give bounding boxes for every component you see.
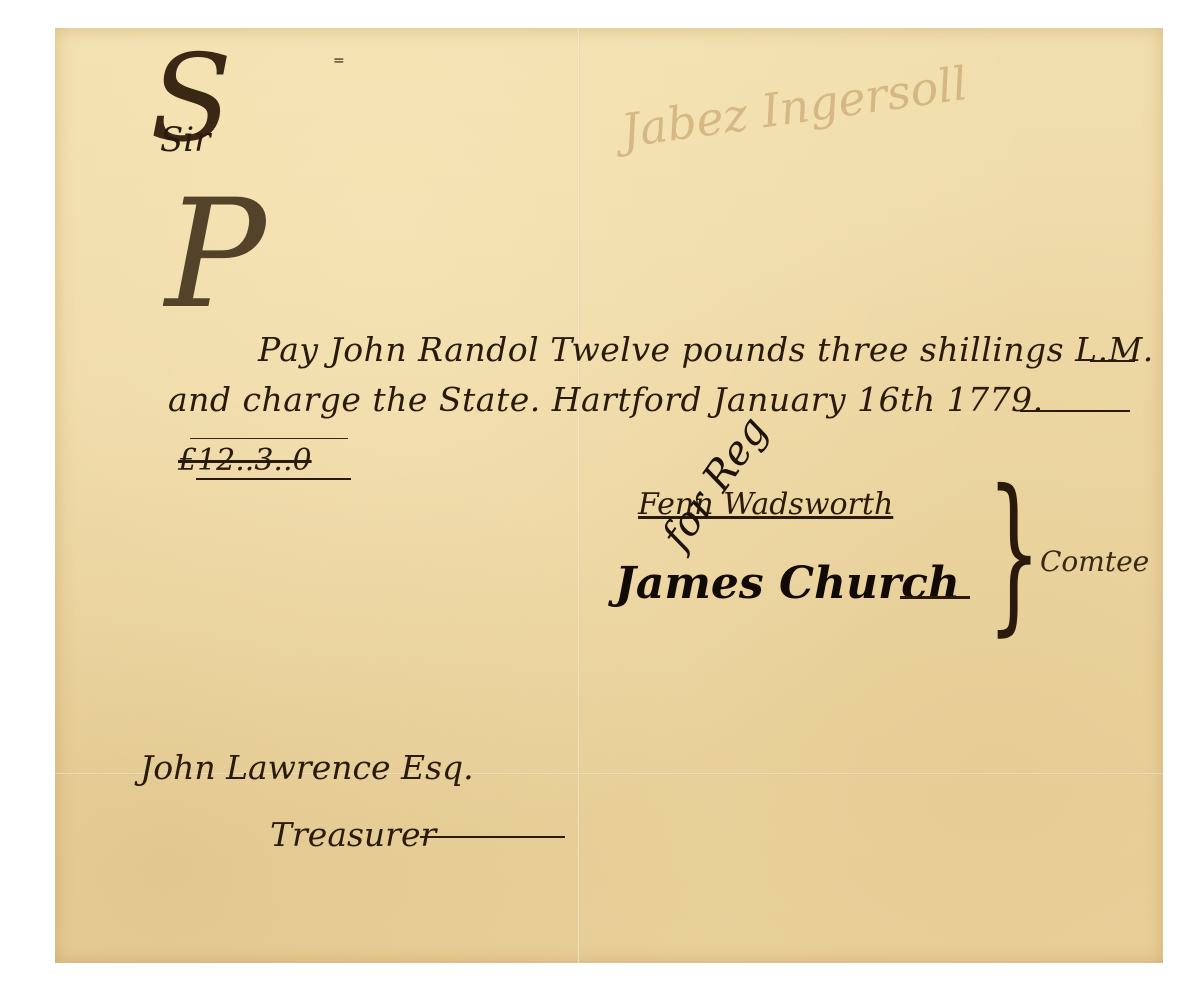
line-end-dash — [1020, 410, 1130, 412]
committee-brace: } — [987, 468, 1041, 638]
amount-overline — [190, 438, 348, 439]
committee-label: Comtee — [1040, 545, 1149, 578]
amount: £12..3..0 — [178, 443, 312, 478]
salutation: Sir — [160, 120, 210, 160]
line-end-dash — [1090, 360, 1135, 362]
amount-underline — [196, 478, 351, 480]
vertical-fold-crease — [577, 28, 580, 963]
signature-flourish-dash — [900, 596, 970, 599]
treasurer-underline — [420, 836, 565, 838]
addressee-name: John Lawrence Esq. — [140, 748, 474, 787]
signature-2: James Church — [615, 558, 960, 609]
salutation-mark: = — [333, 53, 345, 69]
body-line-2: and charge the State. Hartford January 1… — [168, 380, 1044, 419]
addressee-title: Treasurer — [270, 815, 436, 854]
body-line-1: Pay John Randol Twelve pounds three shil… — [258, 330, 1154, 369]
body-flourish-initial: P — [165, 180, 266, 330]
